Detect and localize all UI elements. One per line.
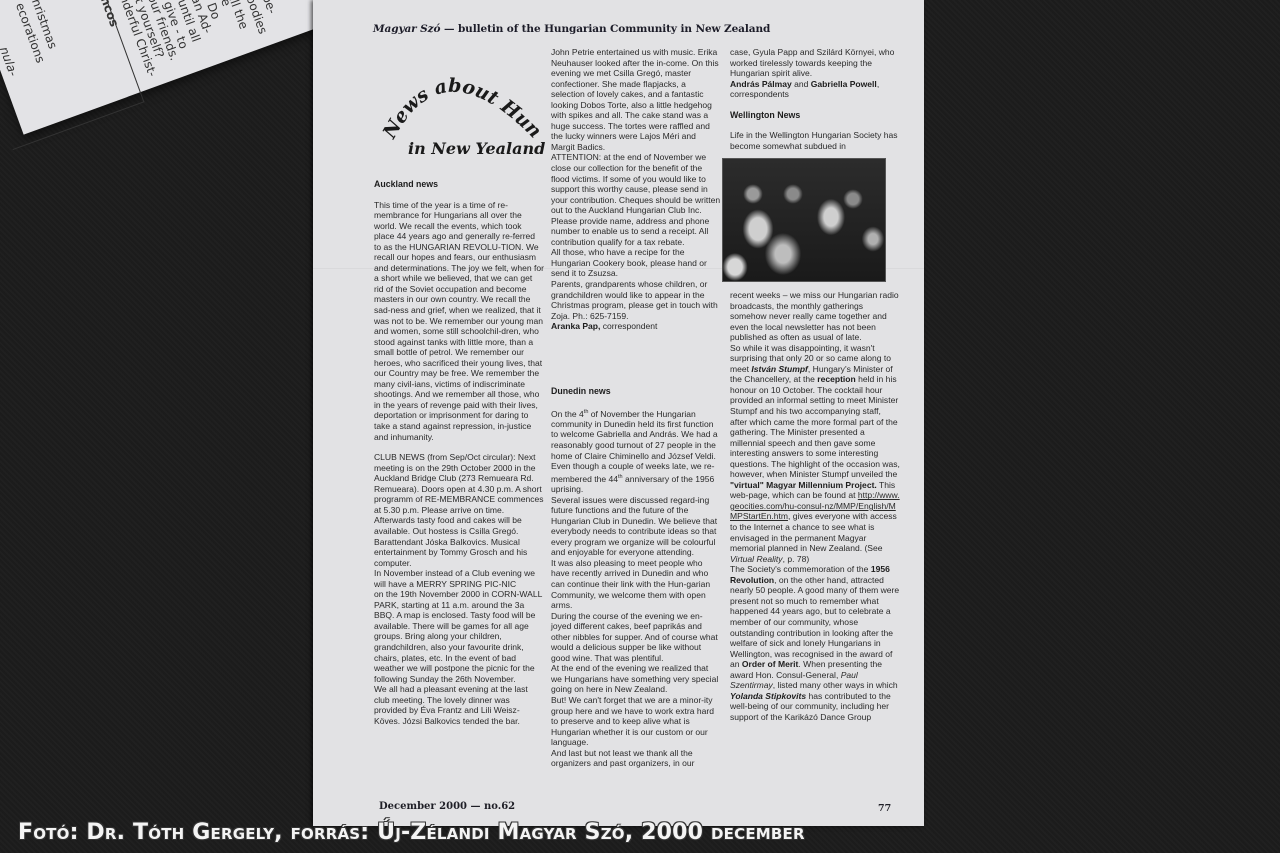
dunedin-p4: During the course of the evening we en-j… [551, 611, 721, 664]
auckland-november: In November instead of a Club evening we… [374, 568, 544, 589]
column-wellington: recent weeks – we miss our Hungarian rad… [730, 290, 900, 722]
wellington-heading: Wellington News [730, 110, 900, 121]
publication-name: Magyar Szó [373, 23, 440, 35]
auckland-attention: ATTENTION: at the end of November we clo… [551, 152, 721, 215]
auckland-heading: Auckland news [374, 179, 544, 190]
auckland-provide: Please provide name, address and phone n… [551, 216, 721, 248]
wellington-p1: recent weeks – we miss our Hungarian rad… [730, 290, 900, 343]
wellington-intro: Life in the Wellington Hungarian Society… [730, 130, 900, 151]
correspondent-role: correspondent [600, 321, 657, 331]
text-run: On the 4 [551, 408, 584, 418]
text-run: of November the Hungarian community in D… [551, 408, 718, 483]
auckland-last-meeting: We all had a pleasant evening at the las… [374, 684, 544, 726]
auckland-intro: This time of the year is a time of re-me… [374, 200, 544, 443]
dunedin-p6: But! We can't forget that we are a minor… [551, 695, 721, 748]
article-reference: Virtual Reality [730, 554, 783, 564]
text-run: held in his honour on 10 October. The co… [730, 374, 900, 479]
wellington-p2: So while it was disappointing, it wasn't… [730, 343, 900, 564]
photo-credit-caption: Fotó: Dr. Tóth Gergely, forrás: Új-Zélan… [18, 816, 1278, 850]
text-run: The Society's commemoration of the [730, 564, 871, 574]
column-dunedin-cont: case, Gyula Papp and Szilárd Környei, wh… [730, 47, 900, 151]
issue-footer: December 2000 — no.62 [379, 801, 515, 812]
person-name: Yolanda Stipkovits [730, 691, 806, 701]
text-run: , p. 78) [783, 554, 810, 564]
dunedin-p3: It was also pleasing to meet people who … [551, 558, 721, 611]
text-run: and [792, 79, 811, 89]
column-dunedin: Dunedin news On the 4th of November the … [551, 386, 721, 769]
emphasis: reception [817, 374, 855, 384]
publication-subtitle: — bulletin of the Hungarian Community in… [444, 23, 770, 35]
auckland-picnic: on the 19th November 2000 in CORN-WALL P… [374, 589, 544, 684]
section-title-arc: News about Hungarians [370, 55, 546, 143]
correspondent-name: András Pálmay [730, 79, 792, 89]
auckland-afterwards: Afterwards tasty food and cakes will be … [374, 515, 544, 568]
emphasis: Order of Merit [742, 659, 799, 669]
dunedin-p5: At the end of the evening we realized th… [551, 663, 721, 695]
auckland-recipe: All those, who have a recipe for the Hun… [551, 247, 721, 279]
correspondent-role: correspondents [730, 89, 900, 100]
correspondent-name: Aranka Pap, [551, 321, 600, 331]
dunedin-p7: And last but not least we thank all the … [551, 748, 721, 769]
auckland-parents: Parents, grandparents whose children, or… [551, 279, 721, 321]
column-auckland: Auckland news This time of the year is a… [374, 179, 544, 726]
correspondent-name: Gabriella Powell [811, 79, 877, 89]
section-title-sub: in New Yealand [408, 139, 545, 158]
newsletter-page: Magyar Szó — bulletin of the Hungarian C… [313, 0, 924, 826]
auckland-correspondent: Aranka Pap, correspondent [551, 321, 721, 332]
text-run: , [877, 79, 879, 89]
project-name: "virtual" Magyar Millennium Project. [730, 480, 877, 490]
dunedin-p7-cont: case, Gyula Papp and Szilárd Környei, wh… [730, 47, 900, 79]
section-title-arc-text: News about Hungarians [370, 55, 546, 143]
dunedin-p1: On the 4th of November the Hungarian com… [551, 407, 721, 495]
text-run: , listed many other ways in which [773, 680, 898, 690]
page-header: Magyar Szó — bulletin of the Hungarian C… [373, 23, 793, 35]
dunedin-correspondents: András Pálmay and Gabriella Powell, [730, 79, 900, 90]
auckland-music: John Petrie entertained us with music. E… [551, 47, 721, 152]
group-photo [722, 158, 886, 282]
text-run: , on the other hand, attracted nearly 50… [730, 575, 899, 669]
auckland-club-news: CLUB NEWS (from Sep/Oct circular): Next … [374, 452, 544, 515]
column-auckland-cont: John Petrie entertained us with music. E… [551, 47, 721, 332]
dunedin-p2: Several issues were discussed regard-ing… [551, 495, 721, 558]
background-page-text: ll be- goodies all the v we es. Do ut an… [0, 0, 330, 190]
wellington-p3: The Society's commemoration of the 1956 … [730, 564, 900, 722]
person-name: István Stumpf [751, 364, 808, 374]
page-number: 77 [878, 803, 891, 814]
dunedin-heading: Dunedin news [551, 386, 721, 397]
section-title-art: News about Hungarians in New Yealand [370, 55, 550, 165]
